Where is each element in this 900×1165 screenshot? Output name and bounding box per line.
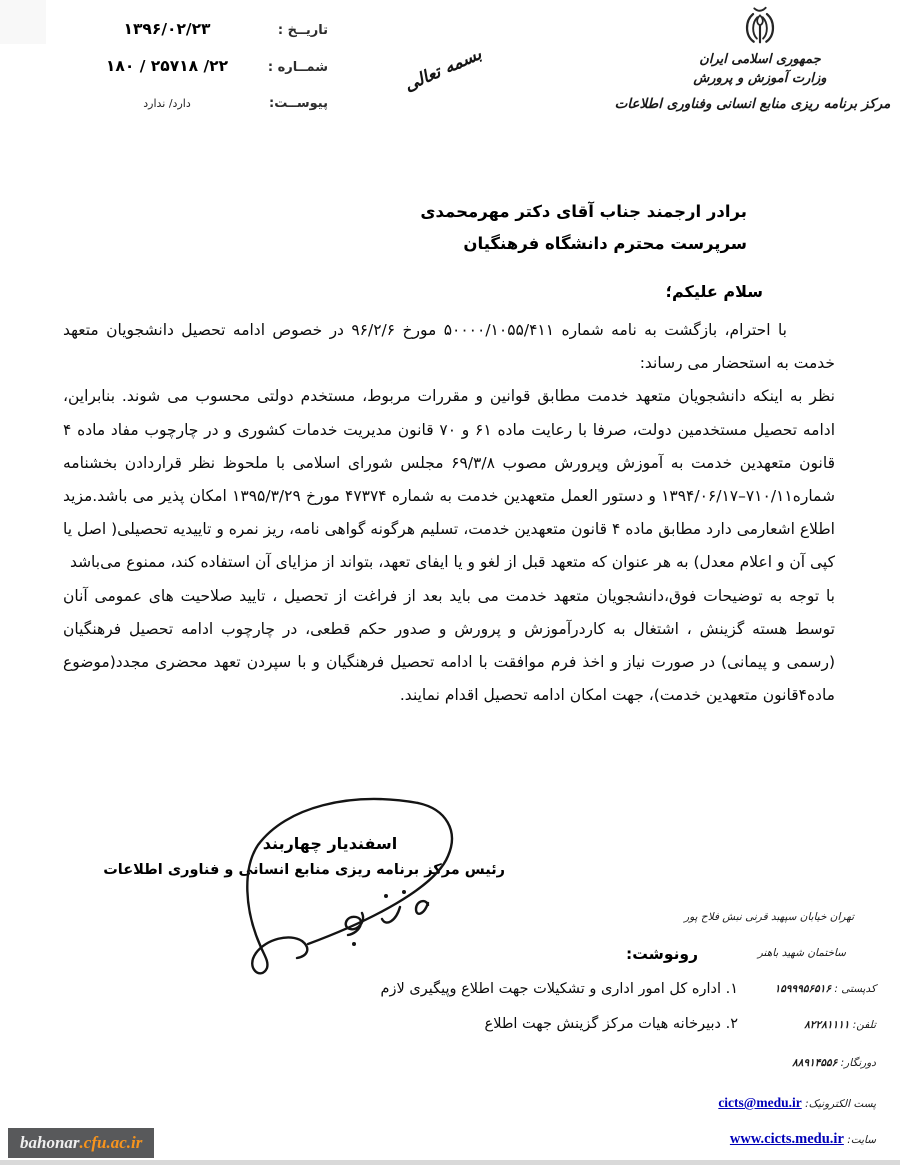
recipient-block: برادر ارجمند جناب آقای دکتر مهرمحمدی سرپ… bbox=[420, 196, 747, 260]
contact-fax: دورنگار: ۸۸۹۱۴۵۵۶ bbox=[792, 1057, 876, 1069]
recipient-title: سرپرست محترم دانشگاه فرهنگیان bbox=[420, 228, 747, 260]
watermark-badge[interactable]: bahonar.cfu.ac.ir bbox=[8, 1128, 154, 1158]
phone-value: ۸۲۲۸۱۱۱۱ bbox=[804, 1019, 849, 1031]
scan-corner-shade bbox=[0, 0, 46, 44]
attachment-row: پیوســت: دارد/ ندارد bbox=[78, 96, 328, 111]
postal-code-value: ۱۵۹۹۹۵۶۵۱۶ bbox=[775, 983, 831, 995]
body-paragraph-3: با توجه به توضیحات فوق،دانشجویان متعهد خ… bbox=[63, 580, 835, 713]
attachment-value: دارد/ ندارد bbox=[78, 97, 256, 110]
letterhead: جمهوری اسلامی ایران وزارت آموزش و پرورش bbox=[630, 4, 890, 88]
contact-phone: تلفن: ۸۲۲۸۱۱۱۱ bbox=[804, 1019, 876, 1031]
salutation: سلام علیکم؛ bbox=[666, 282, 763, 301]
cc-label: رونوشت: bbox=[626, 945, 698, 963]
besmele-calligraphy: بسمه تعالی bbox=[389, 38, 498, 101]
website-link[interactable]: www.cicts.medu.ir bbox=[730, 1131, 844, 1147]
signatory-title: رئیس مرکز برنامه ریزی منابع انسانی و فنا… bbox=[155, 857, 505, 883]
letter-page: تاریــخ : ۱۳۹۶/۰۲/۲۳ شمــاره : ۲۲/ ۲۵۷۱۸… bbox=[0, 0, 900, 1165]
letter-body: با احترام، بازگشت به نامه شماره ۵۰۰۰۰/۱۰… bbox=[63, 314, 835, 712]
scan-bottom-edge bbox=[0, 1160, 900, 1165]
date-label: تاریــخ : bbox=[256, 23, 328, 38]
body-paragraph-2: نظر به اینکه دانشجویان متعهد خدمت مطابق … bbox=[63, 380, 835, 579]
contact-address-line1: تهران خیابان سپهبد قرنی نبش فلاح پور bbox=[684, 911, 854, 923]
attachment-label: پیوســت: bbox=[256, 96, 328, 111]
cc-block: رونوشت: ۱. اداره کل امور اداری و تشکیلات… bbox=[381, 944, 738, 1042]
watermark-suffix: .cfu.ac.ir bbox=[80, 1133, 143, 1153]
number-row: شمــاره : ۲۲/ ۲۵۷۱۸ / ۱۸۰ bbox=[78, 57, 328, 75]
number-label: شمــاره : bbox=[256, 60, 328, 75]
fax-value: ۸۸۹۱۴۵۵۶ bbox=[792, 1057, 837, 1069]
contact-website: سایت: www.cicts.medu.ir bbox=[730, 1131, 876, 1148]
watermark-prefix: bahonar bbox=[20, 1133, 80, 1153]
letterhead-country: جمهوری اسلامی ایران bbox=[630, 50, 890, 69]
iran-emblem-icon bbox=[741, 4, 779, 48]
contact-postal-code: کدپستی : ۱۵۹۹۹۵۶۵۱۶ bbox=[775, 983, 876, 995]
cc-item-2: ۲. دبیرخانه هیات مرکز گزینش جهت اطلاع bbox=[381, 1007, 738, 1042]
letterhead-ministry: وزارت آموزش و پرورش bbox=[630, 69, 890, 88]
body-paragraph-1: با احترام، بازگشت به نامه شماره ۵۰۰۰۰/۱۰… bbox=[63, 314, 835, 380]
signature-block: اسفندیار چهاربند رئیس مرکز برنامه ریزی م… bbox=[155, 831, 505, 883]
recipient-name: برادر ارجمند جناب آقای دکتر مهرمحمدی bbox=[420, 196, 747, 228]
number-value: ۲۲/ ۲۵۷۱۸ / ۱۸۰ bbox=[78, 57, 256, 75]
letterhead-center-name: مرکز برنامه ریزی منابع انسانی وفناوری اط… bbox=[605, 96, 900, 112]
date-value: ۱۳۹۶/۰۲/۲۳ bbox=[78, 20, 256, 38]
signatory-name: اسفندیار چهاربند bbox=[155, 831, 505, 857]
email-link[interactable]: cicts@medu.ir bbox=[718, 1095, 801, 1110]
contact-email: پست الکترونیک: cicts@medu.ir bbox=[718, 1095, 876, 1111]
cc-item-1: ۱. اداره کل امور اداری و تشکیلات جهت اطل… bbox=[381, 972, 738, 1007]
date-row: تاریــخ : ۱۳۹۶/۰۲/۲۳ bbox=[78, 20, 328, 38]
contact-address-line2: ساختمان شهید باهنر bbox=[758, 947, 846, 959]
